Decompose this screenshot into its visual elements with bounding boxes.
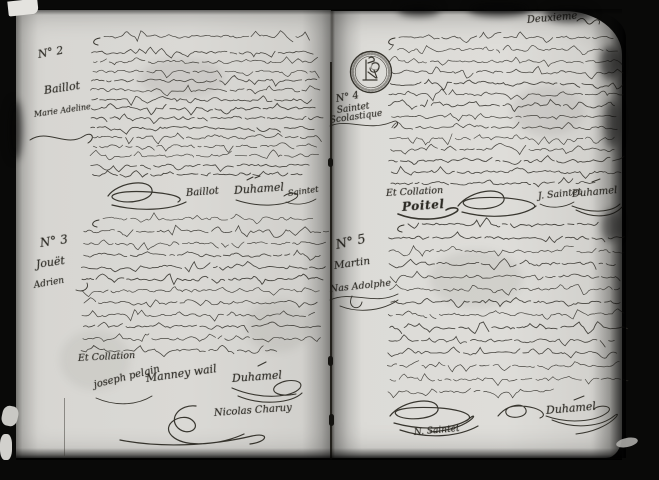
register-scan: Deuxieme N° 2 Baillot Marie Adeline N° 3… xyxy=(0,0,659,480)
spine-highlight xyxy=(0,434,12,460)
act1-signature-baillot: Baillot xyxy=(186,186,220,199)
right-page xyxy=(331,11,622,458)
act3-signature-poitel: Poitel xyxy=(402,197,445,214)
